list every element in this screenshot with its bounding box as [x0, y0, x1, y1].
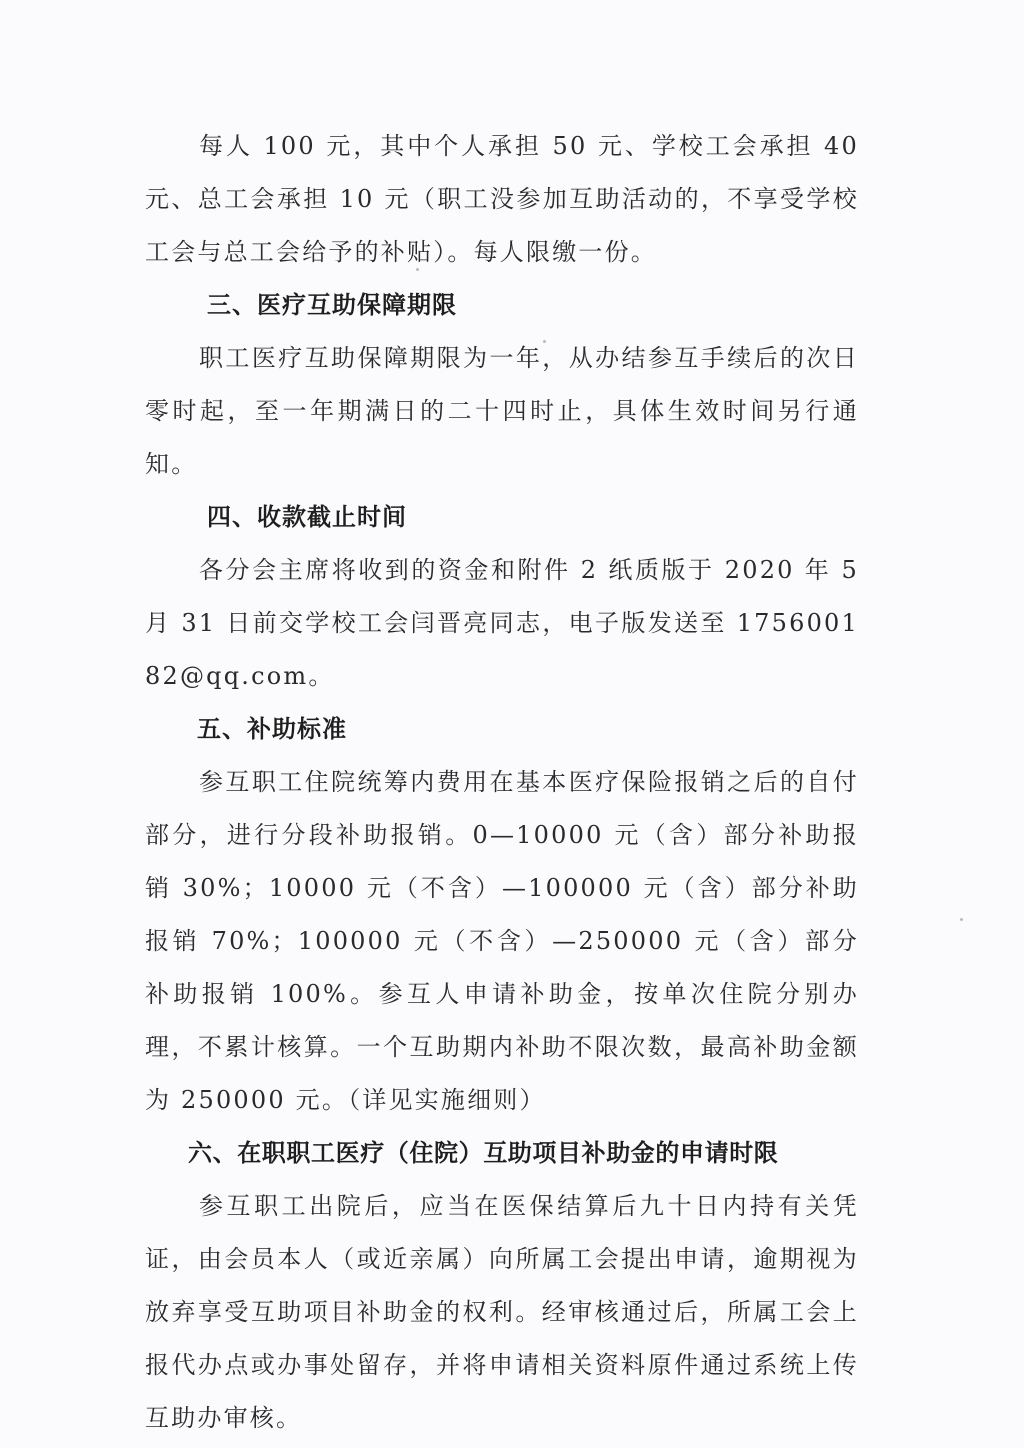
heading-section-4-payment-deadline: 四、收款截止时间	[145, 491, 859, 544]
paragraph-application-deadline: 参互职工出院后，应当在医保结算后九十日内持有关凭证，由会员本人（或近亲属）向所属…	[145, 1180, 859, 1445]
scan-speck	[543, 340, 546, 343]
paragraph-coverage-period: 职工医疗互助保障期限为一年，从办结参互手续后的次日零时起，至一年期满日的二十四时…	[145, 332, 859, 491]
scan-speck	[960, 918, 963, 921]
heading-section-3-coverage-period: 三、医疗互助保障期限	[145, 279, 859, 332]
heading-section-5-subsidy-standard: 五、补助标准	[145, 703, 859, 756]
paragraph-subsidy-standard: 参互职工住院统筹内费用在基本医疗保险报销之后的自付部分，进行分段补助报销。0—1…	[145, 756, 859, 1127]
heading-section-6-application-deadline: 六、在职职工医疗（住院）互助项目补助金的申请时限	[145, 1127, 859, 1180]
paragraph-payment-deadline: 各分会主席将收到的资金和附件 2 纸质版于 2020 年 5 月 31 日前交学…	[145, 544, 859, 703]
scan-speck	[416, 268, 419, 271]
document-page: 每人 100 元，其中个人承担 50 元、学校工会承担 40 元、总工会承担 1…	[145, 120, 859, 1445]
paragraph-fee-split: 每人 100 元，其中个人承担 50 元、学校工会承担 40 元、总工会承担 1…	[145, 120, 859, 279]
